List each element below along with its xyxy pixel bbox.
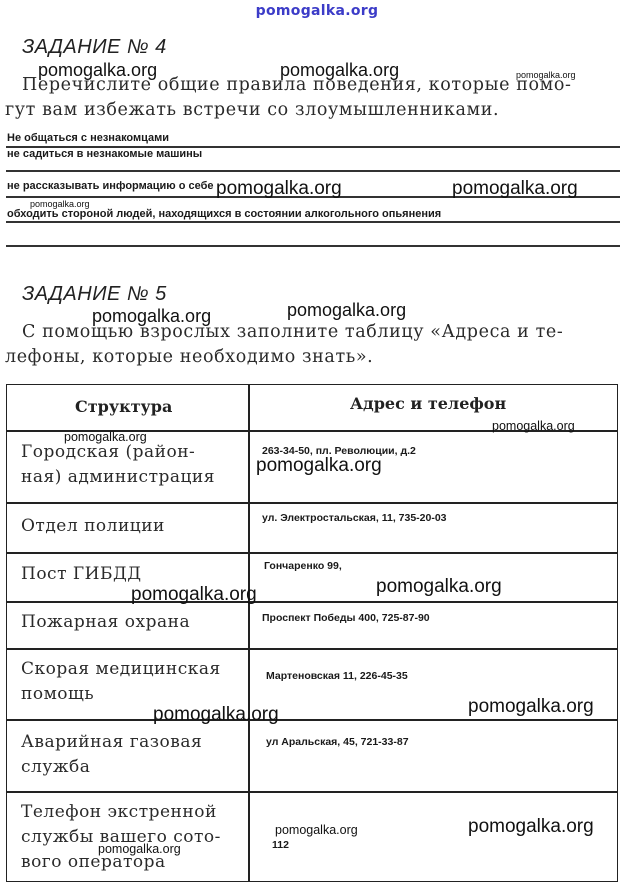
watermark-overlay: pomogalka.org bbox=[153, 704, 279, 726]
row-divider bbox=[7, 552, 617, 554]
column-divider bbox=[248, 385, 250, 881]
table-cell-address: ул Аральская, 45, 721-33-87 bbox=[266, 736, 409, 748]
table-cell-address: Мартеновская 11, 226-45-35 bbox=[266, 670, 408, 682]
task4-answer-1: Не общаться с незнакомцами bbox=[7, 132, 169, 144]
watermark-overlay: pomogalka.org bbox=[216, 178, 342, 200]
watermark-overlay: pomogalka.org bbox=[131, 584, 257, 606]
watermark-overlay: pomogalka.org bbox=[452, 178, 578, 200]
row-divider bbox=[7, 648, 617, 650]
task4-answer-4: обходить стороной людей, находящихся в с… bbox=[7, 208, 441, 220]
table-cell-structure: Пост ГИБДД bbox=[21, 562, 142, 587]
watermark-overlay: pomogalka.org bbox=[64, 430, 147, 444]
table-cell-address: ул. Электростальская, 11, 735-20-03 bbox=[262, 512, 447, 524]
table-header-address: Адрес и телефон bbox=[350, 394, 506, 413]
row-divider bbox=[7, 502, 617, 504]
row-divider bbox=[7, 719, 617, 721]
table-cell-address: Гончаренко 99, bbox=[264, 560, 342, 572]
watermark-overlay: pomogalka.org bbox=[256, 455, 382, 477]
task5-text-line1: С помощью взрослых заполните таблицу «Ад… bbox=[22, 322, 563, 342]
answer-rule bbox=[6, 245, 620, 247]
task4-text-line1: Перечислите общие правила поведения, кот… bbox=[22, 75, 571, 95]
answer-rule bbox=[6, 170, 620, 172]
answer-rule bbox=[6, 221, 620, 223]
table-cell-address: Проспект Победы 400, 725-87-90 bbox=[262, 612, 430, 624]
task4-answer-3: не рассказывать информацию о себе bbox=[7, 180, 214, 192]
table-cell-structure: Скорая медицинская помощь bbox=[21, 657, 221, 707]
row-divider bbox=[7, 791, 617, 793]
task4-answer-2: не садиться в незнакомые машины bbox=[7, 148, 202, 160]
watermark-overlay: pomogalka.org bbox=[376, 576, 502, 598]
table-cell-structure: Аварийная газовая служба bbox=[21, 730, 202, 780]
task4-text-line2: гут вам избежать встречи со злоумышленни… bbox=[5, 100, 499, 120]
table-cell-address: 112 bbox=[272, 839, 289, 851]
watermark-overlay: pomogalka.org bbox=[275, 823, 358, 837]
table-cell-structure: Пожарная охрана bbox=[21, 610, 190, 635]
table-header-structure: Структура bbox=[75, 397, 172, 416]
task4-title: ЗАДАНИЕ № 4 bbox=[22, 36, 167, 59]
watermark-overlay: pomogalka.org bbox=[468, 816, 594, 838]
watermark-overlay: pomogalka.org bbox=[287, 300, 406, 321]
task5-title: ЗАДАНИЕ № 5 bbox=[22, 283, 167, 306]
table-cell-structure: Телефон экстренной службы вашего сото- в… bbox=[21, 800, 221, 875]
watermark-overlay: pomogalka.org bbox=[98, 842, 181, 856]
table-cell-structure: Отдел полиции bbox=[21, 514, 165, 539]
site-watermark-top: pomogalka.org bbox=[0, 3, 634, 19]
task5-text-line2: лефоны, которые необходимо знать». bbox=[5, 347, 373, 367]
watermark-overlay: pomogalka.org bbox=[468, 696, 594, 718]
watermark-overlay: pomogalka.org bbox=[492, 419, 575, 433]
table-cell-structure: Городская (район- ная) администрация bbox=[21, 440, 215, 490]
row-divider bbox=[7, 601, 617, 603]
